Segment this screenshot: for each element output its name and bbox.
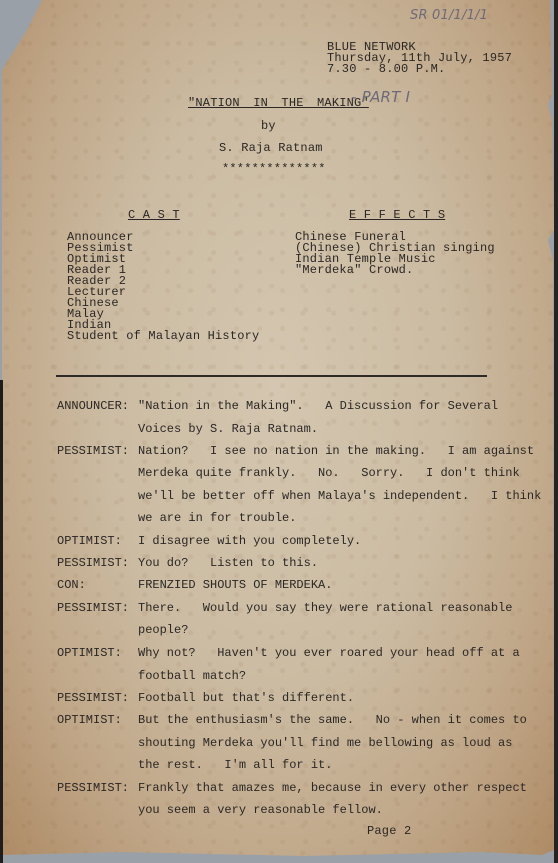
- dialogue-line: Why not? Haven't you ever roared your he…: [138, 646, 520, 660]
- dialogue-line: But the enthusiasm's the same. No - when…: [138, 713, 527, 727]
- section-divider: [56, 375, 487, 377]
- effect-item: "Merdeka" Crowd.: [295, 265, 413, 276]
- speaker-label: PESSIMIST:: [57, 444, 129, 458]
- page-title: "NATION IN THE MAKING": [188, 98, 369, 109]
- cast-heading: C A S T: [128, 210, 180, 221]
- dialogue-line: football match?: [138, 669, 246, 683]
- dialogue-line: we'll be better off when Malaya's indepe…: [138, 489, 541, 503]
- handwritten-note: - PART I: [351, 92, 410, 103]
- speaker-label: PESSIMIST:: [57, 691, 129, 705]
- dialogue-line: You do? Listen to this.: [138, 556, 318, 570]
- speaker-label: OPTIMIST:: [57, 713, 122, 727]
- by-label: by: [261, 121, 276, 132]
- dialogue-line: we are in for trouble.: [138, 511, 296, 525]
- author-name: S. Raja Ratnam: [219, 143, 323, 154]
- speaker-label: PESSIMIST:: [57, 601, 129, 615]
- speaker-label: OPTIMIST:: [57, 646, 122, 660]
- typed-page: SR 01/1/1/1 BLUE NETWORK Thursday, 11th …: [2, 0, 554, 860]
- speaker-label: PESSIMIST:: [57, 556, 129, 570]
- dialogue-line: the rest. I'm all for it.: [138, 758, 332, 772]
- dialogue-line: shouting Merdeka you'll find me bellowin…: [138, 736, 512, 750]
- page-edge-shadow-right: [554, 0, 558, 863]
- speaker-label: ANNOUNCER:: [57, 399, 129, 413]
- speaker-label: CON:: [57, 578, 86, 592]
- dialogue-line: you seem a very reasonable fellow.: [138, 803, 383, 817]
- dialogue-line: Nation? I see no nation in the making. I…: [138, 444, 534, 458]
- dialogue-line: Frankly that amazes me, because in every…: [138, 781, 527, 795]
- dialogue-line: people?: [138, 623, 188, 637]
- cast-member: Student of Malayan History: [67, 331, 259, 342]
- dialogue-line: Football but that's different.: [138, 691, 354, 705]
- dialogue-line: Merdeka quite frankly. No. Sorry. I don'…: [138, 466, 520, 480]
- broadcast-time: 7.30 - 8.00 P.M.: [327, 64, 445, 75]
- separator-stars: **************: [222, 164, 326, 175]
- dialogue-line: I disagree with you completely.: [138, 534, 361, 548]
- dialogue-line: FRENZIED SHOUTS OF MERDEKA.: [138, 578, 332, 592]
- page-number: Page 2: [367, 826, 411, 837]
- page-edge-shadow-left: [0, 380, 3, 863]
- effects-heading: E F F E C T S: [349, 210, 445, 221]
- archive-reference: SR 01/1/1/1: [410, 10, 488, 21]
- speaker-label: PESSIMIST:: [57, 781, 129, 795]
- speaker-label: OPTIMIST:: [57, 534, 122, 548]
- dialogue-line: Voices by S. Raja Ratnam.: [138, 422, 318, 436]
- dialogue-line: There. Would you say they were rational …: [138, 601, 512, 615]
- dialogue-line: "Nation in the Making". A Discussion for…: [138, 399, 498, 413]
